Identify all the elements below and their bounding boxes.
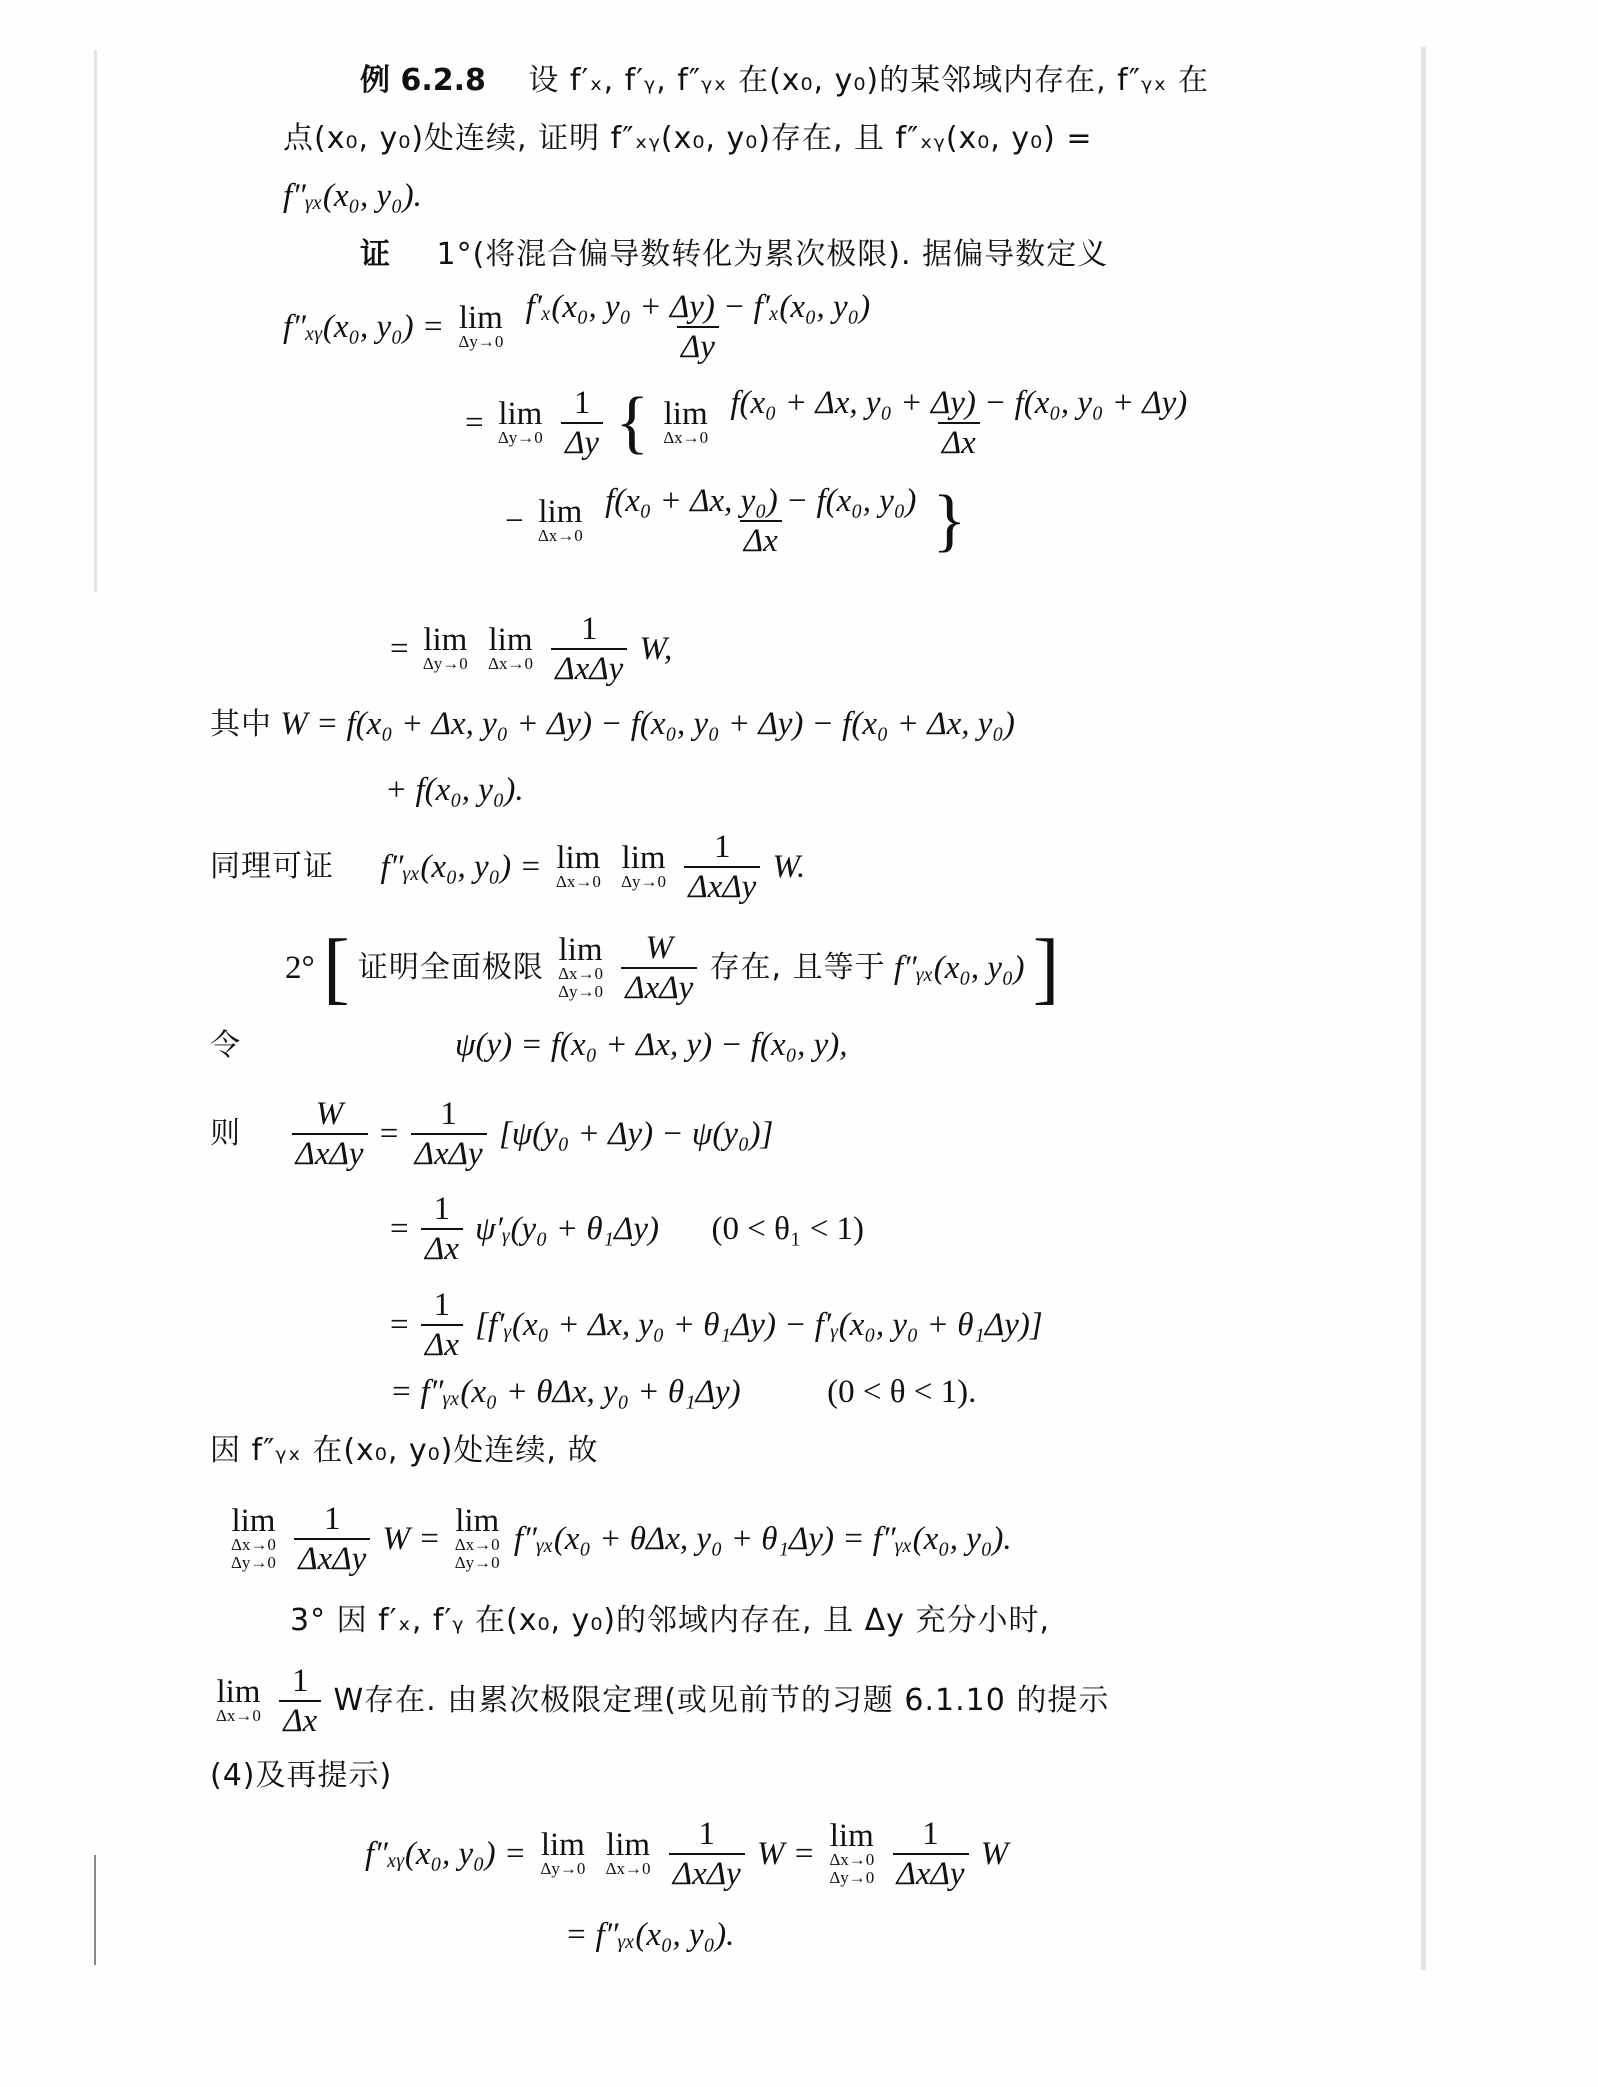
then-rhs: [ψ(y₀ + Δy) − ψ(y₀)] bbox=[499, 1116, 773, 1152]
frac-numerator: 1 bbox=[288, 1662, 313, 1700]
let-label: 令 bbox=[210, 1028, 241, 1063]
w-definition: 其中 W = f(x₀ + Δx, y₀ + Δy) − f(x₀, y₀ + … bbox=[210, 704, 1015, 745]
eq1-denominator: Δy bbox=[677, 326, 719, 366]
lim-word: lim bbox=[556, 843, 600, 873]
proof-step1-heading: 证 1°(将混合偏导数转化为累次极限). 据偏导数定义 bbox=[360, 234, 1108, 275]
lim-word: lim bbox=[455, 1506, 499, 1536]
equation-5: = 1Δx ψ′ᵧ(y₀ + θ₁Δy) (0 < θ₁ < 1) bbox=[390, 1190, 864, 1268]
frac-numerator: 1 bbox=[436, 1095, 461, 1133]
example-line-1: 例 6.2.8 设 f′ₓ, f′ᵧ, f″ᵧₓ 在(x₀, y₀)的某邻域内存… bbox=[360, 60, 1209, 101]
because-line: 因 f″ᵧₓ 在(x₀, y₀)处连续, 故 bbox=[210, 1430, 598, 1471]
lim-sub: Δx→0 bbox=[216, 1707, 261, 1725]
example-text-1: 设 f′ₓ, f′ᵧ, f″ᵧₓ 在(x₀, y₀)的某邻域内存在, f″ᵧₓ … bbox=[528, 63, 1209, 98]
frac-numerator: 1 bbox=[918, 1815, 943, 1853]
eq2-numerator: f(x₀ + Δx, y₀ + Δy) − f(x₀, y₀ + Δy) bbox=[726, 384, 1191, 422]
frac-denominator: ΔxΔy bbox=[621, 967, 697, 1007]
right-bracket: ] bbox=[1033, 924, 1060, 1012]
equals-sign: = bbox=[390, 631, 409, 667]
lim-word: lim bbox=[231, 1506, 275, 1536]
frac-numerator: 1 bbox=[577, 610, 602, 648]
lim-sub: Δx→0 bbox=[606, 1860, 651, 1878]
frac-denominator: Δx bbox=[279, 1700, 321, 1740]
w-definition-expr: W = f(x₀ + Δx, y₀ + Δy) − f(x₀, y₀ + Δy)… bbox=[280, 706, 1015, 742]
frac-numerator: 1 bbox=[695, 1815, 720, 1853]
similar-label: 同理可证 bbox=[210, 849, 334, 884]
lim-sub: Δx→0 bbox=[556, 873, 601, 891]
lim-word: lim bbox=[423, 625, 467, 655]
frac-denominator: ΔxΔy bbox=[669, 1853, 745, 1893]
let-expr-line: ψ(y) = f(x₀ + Δx, y) − f(x₀, y), bbox=[455, 1025, 848, 1065]
eq4-tail: W, bbox=[640, 631, 673, 667]
example-text-2: 点(x₀, y₀)处连续, 证明 f″ₓᵧ(x₀, y₀)存在, 且 f″ₓᵧ(… bbox=[283, 121, 1093, 156]
frac-denominator: Δx bbox=[421, 1324, 463, 1364]
lim-word: lim bbox=[216, 1677, 260, 1707]
final-mid: W = bbox=[757, 1836, 815, 1872]
lim-sub: Δx→0 bbox=[829, 1851, 874, 1869]
lim-sub: Δx→0 bbox=[558, 965, 603, 983]
lim-word: lim bbox=[489, 625, 533, 655]
step3-text-2: W存在. 由累次极限定理(或见前节的习题 6.1.10 的提示 bbox=[333, 1683, 1109, 1718]
equation-6: = 1Δx [f′ᵧ(x₀ + Δx, y₀ + θ₁Δy) − f′ᵧ(x₀,… bbox=[390, 1286, 1043, 1364]
eq8-rhs: f″ᵧₓ(x₀ + θΔx, y₀ + θ₁Δy) = f″ᵧₓ(x₀, y₀)… bbox=[514, 1521, 1012, 1557]
step2-tail: f″ᵧₓ(x₀, y₀) bbox=[894, 950, 1025, 986]
example-line-3: f″ᵧₓ(x₀, y₀). bbox=[283, 176, 422, 216]
frac-numerator: 1 bbox=[570, 384, 595, 422]
lim-sub: Δy→0 bbox=[458, 333, 503, 351]
step3-line-3: (4)及再提示) bbox=[210, 1755, 392, 1796]
step3-text-3: (4)及再提示) bbox=[210, 1758, 392, 1793]
left-margin-line bbox=[94, 50, 97, 592]
then-label: 则 bbox=[210, 1116, 241, 1151]
let-expr: ψ(y) = f(x₀ + Δx, y) − f(x₀, y), bbox=[455, 1027, 848, 1063]
eq3-numerator: f(x₀ + Δx, y₀) − f(x₀, y₀) bbox=[601, 482, 920, 520]
lim-word: lim bbox=[664, 399, 708, 429]
equals-sign: = bbox=[380, 1116, 399, 1152]
w-definition-cont: + f(x₀, y₀). bbox=[385, 770, 524, 810]
let-line: 令 bbox=[210, 1025, 241, 1066]
lim-word: lim bbox=[559, 935, 603, 965]
final-lhs: f″ₓᵧ(x₀, y₀) = bbox=[365, 1836, 526, 1872]
proof-label: 证 bbox=[360, 237, 390, 272]
similar-proof: 同理可证 f″ᵧₓ(x₀, y₀) = limΔx→0 limΔy→0 1ΔxΔ… bbox=[210, 828, 805, 906]
because-text: 因 f″ᵧₓ 在(x₀, y₀)处连续, 故 bbox=[210, 1433, 598, 1468]
frac-denominator: Δy bbox=[561, 422, 603, 462]
eq5-rhs: ψ′ᵧ(y₀ + θ₁Δy) bbox=[475, 1211, 659, 1247]
right-brace: } bbox=[933, 482, 967, 559]
left-bracket: [ bbox=[323, 924, 350, 1012]
step1-heading-text: 1°(将混合偏导数转化为累次极限). 据偏导数定义 bbox=[437, 237, 1109, 272]
lim-word: lim bbox=[606, 1830, 650, 1860]
frac-denominator: ΔxΔy bbox=[411, 1133, 487, 1173]
frac-numerator: 1 bbox=[430, 1190, 455, 1228]
lim-sub: Δx→0 bbox=[455, 1536, 500, 1554]
w-definition-cont-expr: + f(x₀, y₀). bbox=[385, 772, 524, 808]
frac-numerator: 1 bbox=[710, 828, 735, 866]
left-margin-line-lower bbox=[94, 1855, 96, 1965]
lim-word: lim bbox=[622, 843, 666, 873]
lim-sub: Δy→0 bbox=[829, 1869, 874, 1887]
final-equation: f″ₓᵧ(x₀, y₀) = limΔy→0 limΔx→0 1ΔxΔy W =… bbox=[365, 1815, 1008, 1893]
equals-sign: = bbox=[390, 1211, 409, 1247]
minus-sign: − bbox=[505, 503, 524, 539]
lim-sub: Δx→0 bbox=[663, 429, 708, 447]
lim-sub: Δy→0 bbox=[423, 655, 468, 673]
final-result: = f″ᵧₓ(x₀, y₀). bbox=[565, 1915, 734, 1955]
frac-denominator: ΔxΔy bbox=[684, 866, 760, 906]
frac-denominator: Δx bbox=[421, 1228, 463, 1268]
right-margin-line bbox=[1421, 47, 1426, 1970]
lim-word: lim bbox=[541, 1830, 585, 1860]
step2-heading: 2° [ 证明全面极限 limΔx→0Δy→0 WΔxΔy 存在, 且等于 f″… bbox=[285, 928, 1059, 1008]
frac-numerator: W bbox=[642, 929, 678, 967]
left-brace: { bbox=[615, 384, 649, 461]
equals-sign: = bbox=[390, 1307, 409, 1343]
frac-denominator: ΔxΔy bbox=[292, 1133, 368, 1173]
step3-line-2: limΔx→0 1Δx W存在. 由累次极限定理(或见前节的习题 6.1.10 … bbox=[210, 1662, 1109, 1740]
lim-sub: Δx→0 bbox=[488, 655, 533, 673]
frac-numerator: W bbox=[312, 1095, 348, 1133]
eq1-numerator: f′ₓ(x₀, y₀ + Δy) − f′ₓ(x₀, y₀) bbox=[522, 288, 875, 326]
lim-sub: Δx→0 bbox=[231, 1536, 276, 1554]
example-line-2: 点(x₀, y₀)处连续, 证明 f″ₓᵧ(x₀, y₀)存在, 且 f″ₓᵧ(… bbox=[283, 118, 1093, 159]
eq1-lhs: f″ₓᵧ(x₀, y₀) = bbox=[283, 309, 444, 345]
lim-word: lim bbox=[459, 303, 503, 333]
frac-denominator: ΔxΔy bbox=[551, 648, 627, 688]
example-text-3: f″ᵧₓ(x₀, y₀). bbox=[283, 178, 422, 214]
eq7-condition: (0 < θ < 1). bbox=[827, 1374, 976, 1410]
lim-word: lim bbox=[830, 1821, 874, 1851]
then-line: 则 WΔxΔy = 1ΔxΔy [ψ(y₀ + Δy) − ψ(y₀)] bbox=[210, 1095, 773, 1173]
equation-8: limΔx→0Δy→0 1ΔxΔy W = limΔx→0Δy→0 f″ᵧₓ(x… bbox=[225, 1500, 1012, 1578]
step2-text-before: 证明全面极限 bbox=[358, 950, 544, 985]
frac-numerator: 1 bbox=[430, 1286, 455, 1324]
lim-sub: Δy→0 bbox=[540, 1860, 585, 1878]
example-label: 例 6.2.8 bbox=[360, 63, 486, 98]
lim-word: lim bbox=[498, 399, 542, 429]
eq2-denominator: Δx bbox=[938, 422, 980, 462]
eq6-rhs: [f′ᵧ(x₀ + Δx, y₀ + θ₁Δy) − f′ᵧ(x₀, y₀ + … bbox=[475, 1307, 1043, 1343]
equation-2: = limΔy→0 1Δy { limΔx→0 f(x₀ + Δx, y₀ + … bbox=[465, 384, 1195, 462]
similar-lhs: f″ᵧₓ(x₀, y₀) = bbox=[381, 849, 542, 885]
equation-7: = f″ᵧₓ(x₀ + θΔx, y₀ + θ₁Δy) (0 < θ < 1). bbox=[390, 1372, 976, 1412]
frac-numerator: 1 bbox=[320, 1500, 345, 1538]
equals-sign: = bbox=[465, 405, 484, 441]
lim-sub: Δy→0 bbox=[455, 1554, 500, 1572]
lim-sub: Δy→0 bbox=[621, 873, 666, 891]
similar-tail: W. bbox=[773, 849, 806, 885]
final-tail: W bbox=[981, 1836, 1009, 1872]
where-label: 其中 bbox=[210, 707, 272, 742]
final-result-expr: = f″ᵧₓ(x₀, y₀). bbox=[565, 1917, 734, 1953]
eq5-condition: (0 < θ₁ < 1) bbox=[712, 1211, 865, 1247]
equation-1: f″ₓᵧ(x₀, y₀) = limΔy→0 f′ₓ(x₀, y₀ + Δy) … bbox=[283, 288, 878, 366]
eq8-mid: W = bbox=[382, 1521, 440, 1557]
equation-4: = limΔy→0 limΔx→0 1ΔxΔy W, bbox=[390, 610, 672, 688]
eq7-expr: = f″ᵧₓ(x₀ + θΔx, y₀ + θ₁Δy) bbox=[390, 1374, 741, 1410]
lim-word: lim bbox=[538, 497, 582, 527]
lim-sub: Δy→0 bbox=[231, 1554, 276, 1572]
lim-sub: Δy→0 bbox=[558, 983, 603, 1001]
lim-sub: Δy→0 bbox=[498, 429, 543, 447]
equation-3: − limΔx→0 f(x₀ + Δx, y₀) − f(x₀, y₀)Δx } bbox=[505, 482, 966, 560]
step3-line-1: 3° 因 f′ₓ, f′ᵧ 在(x₀, y₀)的邻域内存在, 且 Δy 充分小时… bbox=[290, 1600, 1050, 1641]
step2-number: 2° bbox=[285, 950, 315, 986]
frac-denominator: ΔxΔy bbox=[294, 1538, 370, 1578]
eq3-denominator: Δx bbox=[740, 520, 782, 560]
step3-text-1: 3° 因 f′ₓ, f′ᵧ 在(x₀, y₀)的邻域内存在, 且 Δy 充分小时… bbox=[290, 1603, 1050, 1638]
frac-denominator: ΔxΔy bbox=[893, 1853, 969, 1893]
step2-text-after: 存在, 且等于 bbox=[710, 950, 886, 985]
lim-sub: Δx→0 bbox=[538, 527, 583, 545]
